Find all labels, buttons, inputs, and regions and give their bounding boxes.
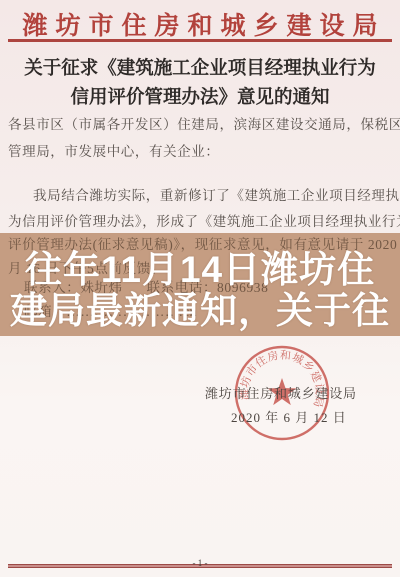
- letterhead-divider: [8, 39, 392, 42]
- salutation-line-1: 各县市区（市属各开发区）住建局，滨海区建设交通局，保税区建设: [8, 117, 400, 132]
- headline-caption-line1: 往年11月14日潍坊住: [0, 249, 400, 290]
- letterhead-org-name: 潍坊市住房和城乡建设局: [0, 6, 400, 42]
- signature-date: 2020 年 6 月 12 日: [231, 407, 347, 426]
- notice-document-page: 潍坊市住房和城乡建设局 关于征求《建筑施工企业项目经理执业行为信用评价管理办法》…: [0, 0, 400, 577]
- headline-caption: 往年11月14日潍坊住 建局最新通知，关于往: [0, 233, 400, 331]
- paragraph-line-2: 为信用评价管理办法》，形成了《建筑施工企业项目经理执业行为信用: [8, 214, 400, 229]
- page-number: - 1 -: [0, 558, 400, 568]
- document-title: 关于征求《建筑施工企业项目经理执业行为信用评价管理办法》意见的通知: [0, 55, 400, 113]
- document-title-line1: 关于征求《建筑施工企业项目经理执业行为: [24, 59, 376, 79]
- headline-caption-line2: 建局最新通知，关于往: [0, 290, 400, 331]
- paragraph-line-1: 我局结合潍坊实际，重新修订了《建筑施工企业项目经理执业行: [33, 188, 400, 203]
- signature-org-name: 潍坊市住房和城乡建设局: [205, 383, 357, 402]
- salutation-line-2: 管理局，市发展中心，有关企业：: [8, 144, 220, 159]
- document-title-line2: 信用评价管理办法》意见的通知: [70, 88, 329, 108]
- caption-overlay-band: 评价管理办法(征求意见稿)》，现征求意见，如有意见请于 2020 年 6 月 1…: [0, 233, 400, 336]
